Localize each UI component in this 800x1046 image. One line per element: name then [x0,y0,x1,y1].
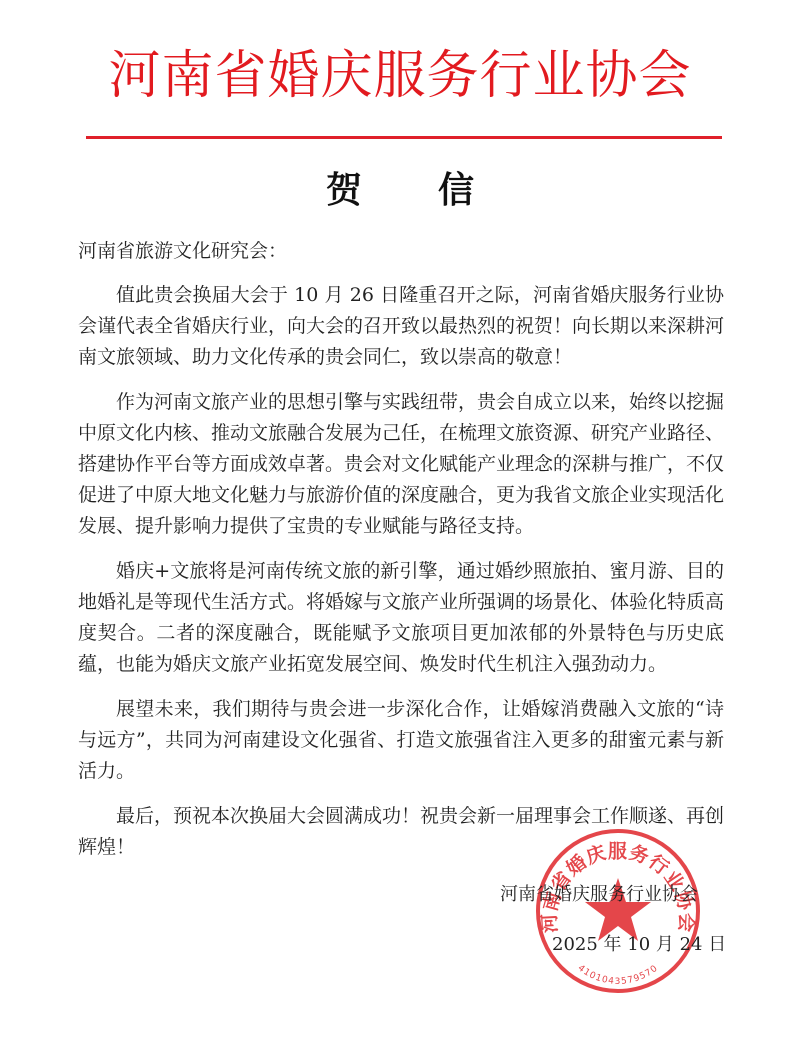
paragraph-2: 作为河南文旅产业的思想引擎与实践纽带，贵会自成立以来，始终以挖掘中原文化内核、推… [78,387,724,542]
title-char-1: 贺 [326,162,362,218]
paragraph-1: 值此贵会换届大会于 10 月 26 日隆重召开之际，河南省婚庆服务行业协会谨代表… [78,280,724,373]
letterhead-red-rule [86,136,722,139]
paragraph-4: 展望未来，我们期待与贵会进一步深化合作，让婚嫁消费融入文旅的“诗与远方”，共同为… [78,694,724,787]
document-title: 贺信 [0,162,800,218]
signature-date: 2025 年 10 月 24 日 [552,930,726,956]
salutation: 河南省旅游文化研究会： [78,236,724,267]
letterhead-title: 河南省婚庆服务行业协会 [0,36,800,116]
letter-body: 河南省旅游文化研究会： 值此贵会换届大会于 10 月 26 日隆重召开之际，河南… [78,236,724,877]
paragraph-3: 婚庆+文旅将是河南传统文旅的新引擎，通过婚纱照旅拍、蜜月游、目的地婚礼是等现代生… [78,556,724,680]
title-char-2: 信 [438,162,474,218]
signature-organization: 河南省婚庆服务行业协会 [500,880,698,906]
official-seal-icon: 河南省婚庆服务行业协会 4101043579570 [533,826,703,996]
